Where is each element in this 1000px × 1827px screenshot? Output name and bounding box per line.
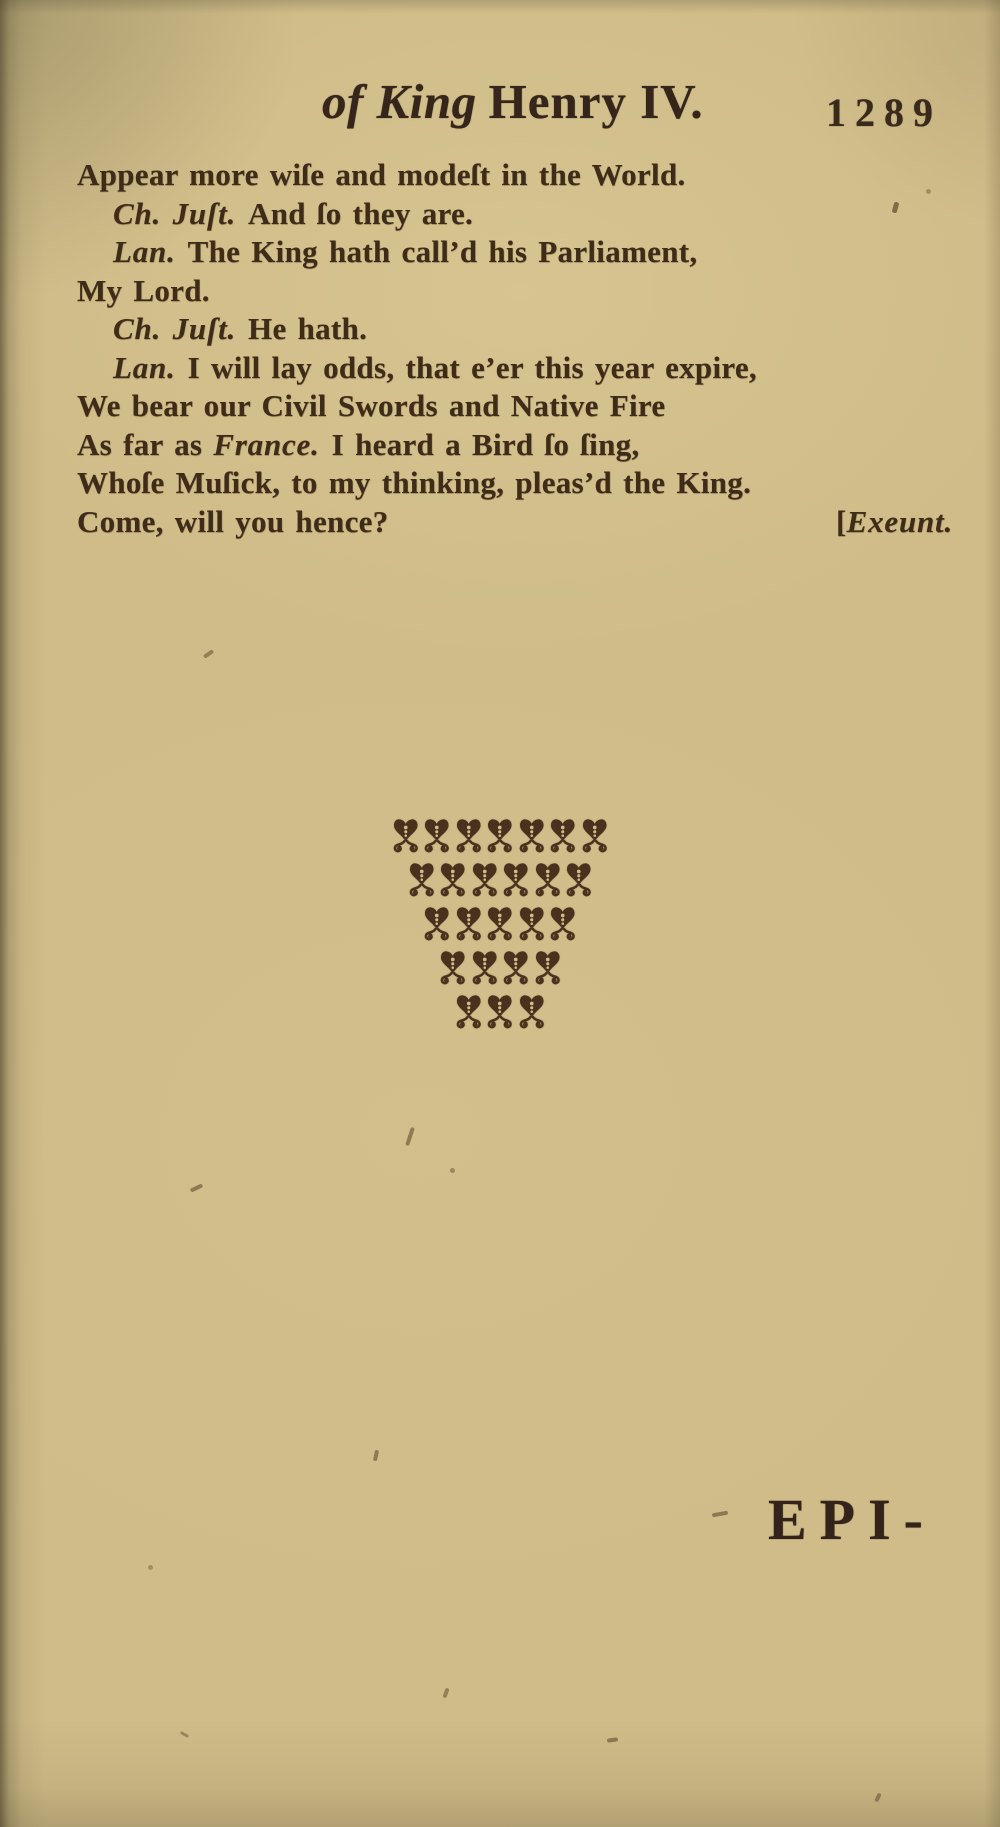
- fleuron-icon: [532, 861, 564, 898]
- fleuron-icon: [547, 817, 579, 854]
- text-line: Lan.The King hath call’d his Parliament,: [77, 233, 953, 272]
- paper-speck: [450, 1168, 455, 1173]
- fleuron-icon: [484, 993, 516, 1030]
- line-main: We bear our Civil Swords and Native Fire: [77, 388, 665, 423]
- paper-speck: [405, 1127, 415, 1146]
- fleuron-icon: [469, 949, 501, 986]
- text-line: As far as France.I heard a Bird ſo ſing,: [77, 426, 953, 465]
- paper-speck: [148, 1565, 153, 1570]
- paper-speck: [926, 189, 931, 194]
- text-line: Appear more wiſe and modeſt in the World…: [77, 156, 953, 195]
- text-segment: I heard a Bird ſo ſing,: [332, 427, 640, 462]
- running-title-roman: Henry IV.: [489, 74, 704, 129]
- text-segment: He hath.: [248, 311, 367, 346]
- fleuron-icon: [563, 861, 595, 898]
- paper-speck: [874, 1793, 881, 1803]
- fleuron-icon: [453, 993, 485, 1030]
- body-text: Appear more wiſe and modeſt in the World…: [77, 156, 953, 541]
- text-line: Whoſe Muſick, to my thinking, pleas’d th…: [77, 464, 953, 503]
- text-line: Come, will you hence?[Exeunt.: [77, 503, 953, 542]
- fleuron-icon: [437, 949, 469, 986]
- fleuron-icon: [437, 861, 469, 898]
- running-header: of KingHenry IV.: [322, 76, 704, 128]
- text-segment-italic: Lan.: [113, 350, 176, 385]
- text-line: We bear our Civil Swords and Native Fire: [77, 387, 953, 426]
- fleuron-icon: [547, 905, 579, 942]
- page-number: 1289: [826, 92, 942, 134]
- text-segment: The King hath call’d his Parliament,: [188, 234, 698, 269]
- paper-speck: [712, 1511, 728, 1518]
- line-main: Whoſe Muſick, to my thinking, pleas’d th…: [77, 465, 751, 500]
- fleuron-icon: [579, 817, 611, 854]
- text-segment-italic: Exeunt.: [847, 504, 953, 539]
- line-main: Lan.The King hath call’d his Parliament,: [113, 234, 697, 269]
- text-segment-italic: Ch. Juſt.: [113, 311, 236, 346]
- paper-speck: [180, 1731, 189, 1738]
- fleuron-icon: [516, 817, 548, 854]
- text-segment: And ſo they are.: [248, 196, 473, 231]
- ornament-row: [390, 817, 611, 854]
- line-main: Come, will you hence?: [77, 503, 389, 542]
- fleuron-icon: [421, 817, 453, 854]
- fleuron-icon: [453, 905, 485, 942]
- fleuron-icon: [406, 861, 438, 898]
- fleuron-icon: [516, 993, 548, 1030]
- text-segment-italic: Ch. Juſt.: [113, 196, 236, 231]
- fleuron-icon: [421, 905, 453, 942]
- paper-speck: [373, 1450, 379, 1462]
- text-segment: I will lay odds, that e’er this year exp…: [188, 350, 757, 385]
- fleuron-icon: [516, 905, 548, 942]
- text-segment: [: [836, 504, 847, 539]
- text-segment: My Lord.: [77, 273, 210, 308]
- line-main: As far as France.I heard a Bird ſo ſing,: [77, 427, 640, 462]
- fleuron-icon: [453, 817, 485, 854]
- line-main: Lan.I will lay odds, that e’er this year…: [113, 350, 757, 385]
- paper-speck: [190, 1183, 203, 1192]
- text-segment: Come, will you hence?: [77, 504, 389, 539]
- fleuron-icon: [390, 817, 422, 854]
- text-line: Ch. Juſt.He hath.: [77, 310, 953, 349]
- text-line: Lan.I will lay odds, that e’er this year…: [77, 349, 953, 388]
- stage-direction: [Exeunt.: [836, 503, 953, 542]
- fleuron-icon: [500, 861, 532, 898]
- text-segment-italic: France.: [213, 427, 319, 462]
- text-segment-italic: Lan.: [113, 234, 176, 269]
- running-title-italic: of King: [322, 74, 477, 129]
- paper-speck: [607, 1737, 618, 1742]
- ornament-row: [406, 861, 595, 898]
- ornament-row: [421, 905, 579, 942]
- text-line: My Lord.: [77, 272, 953, 311]
- paper-speck: [442, 1688, 449, 1699]
- fleuron-icon: [469, 861, 501, 898]
- text-segment: As far as: [77, 427, 213, 462]
- line-main: Ch. Juſt.And ſo they are.: [113, 196, 473, 231]
- ornament-row: [437, 949, 563, 986]
- catchword: EPI-: [768, 1490, 936, 1550]
- text-line: Ch. Juſt.And ſo they are.: [77, 195, 953, 234]
- book-page-scan: of KingHenry IV. 1289 Appear more wiſe a…: [0, 0, 1000, 1827]
- fleuron-icon: [500, 949, 532, 986]
- text-segment: Whoſe Muſick, to my thinking, pleas’d th…: [77, 465, 751, 500]
- line-main: Ch. Juſt.He hath.: [113, 311, 367, 346]
- fleuron-icon: [484, 817, 516, 854]
- ornament-row: [453, 993, 548, 1030]
- paper-speck: [203, 649, 214, 659]
- line-main: My Lord.: [77, 273, 210, 308]
- fleuron-icon: [484, 905, 516, 942]
- fleuron-icon: [532, 949, 564, 986]
- text-segment: Appear more wiſe and modeſt in the World…: [77, 157, 686, 192]
- text-segment: We bear our Civil Swords and Native Fire: [77, 388, 665, 423]
- line-main: Appear more wiſe and modeſt in the World…: [77, 157, 686, 192]
- printers-ornament: [0, 817, 1000, 1030]
